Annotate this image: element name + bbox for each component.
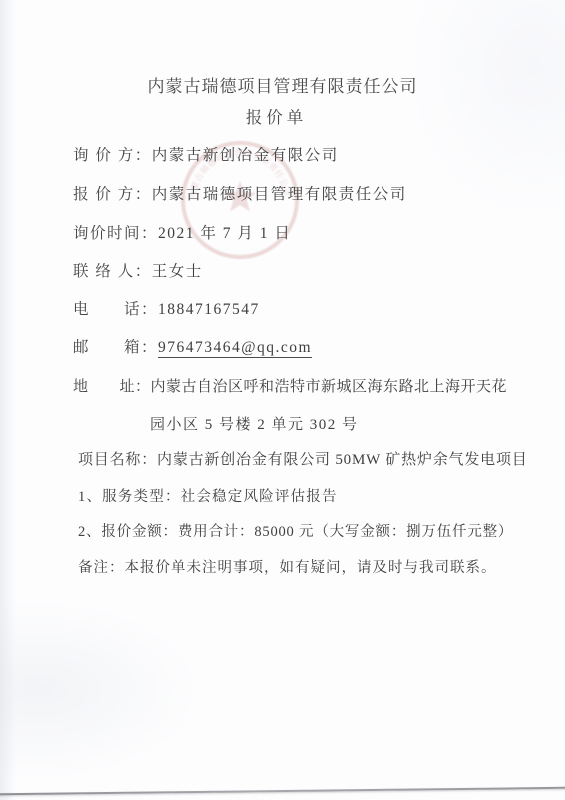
line-service-type: 1、服务类型：社会稳定风险评估报告 xyxy=(78,487,338,508)
scan-shadow-patch xyxy=(0,600,200,780)
field-phone: 电 话：18847167547 xyxy=(73,299,260,320)
line-remark: 备注：本报价单未注明事项，如有疑问，请及时与我司联系。 xyxy=(78,558,497,579)
line-text: 备注：本报价单未注明事项，如有疑问，请及时与我司联系。 xyxy=(78,560,497,576)
field-email: 邮 箱：976473464@qq.com xyxy=(73,337,312,358)
field-quoting-party: 报 价 方：内蒙古瑞德项目管理有限责任公司 xyxy=(73,184,407,205)
quotation-document: 内蒙古瑞德项目管理有限责任公司 内蒙古瑞德项目管理有限责任公司 报价单 询 价 … xyxy=(0,0,565,800)
field-contact-person: 联 络 人：王女士 xyxy=(73,261,203,282)
field-value: 内蒙古新创冶金有限公司 50MW 矿热炉余气发电项目 xyxy=(157,452,528,468)
paper-bottom-edge xyxy=(0,787,565,796)
field-project-name: 项目名称：内蒙古新创冶金有限公司 50MW 矿热炉余气发电项目 xyxy=(78,450,528,471)
field-value: 王女士 xyxy=(152,263,203,280)
field-label: 报 价 方： xyxy=(73,186,152,203)
field-value: 内蒙古自治区呼和浩特市新城区海东路北上海开天花 xyxy=(151,379,508,395)
line-text: 1、服务类型：社会稳定风险评估报告 xyxy=(78,489,338,505)
field-address-line2: 园小区 5 号楼 2 单元 302 号 xyxy=(150,415,359,436)
field-label: 询 价 方： xyxy=(73,147,152,164)
line-text: 2、报价金额：费用合计：85000 元（大写金额：捌万伍仟元整） xyxy=(78,524,513,540)
field-inquiry-date: 询价时间：2021 年 7 月 1 日 xyxy=(73,223,291,244)
field-value: 园小区 5 号楼 2 单元 302 号 xyxy=(150,417,359,433)
field-label: 地 址： xyxy=(73,379,151,395)
field-value: 2021 年 7 月 1 日 xyxy=(158,225,291,242)
field-value: 内蒙古瑞德项目管理有限责任公司 xyxy=(152,186,407,203)
field-label: 联 络 人： xyxy=(73,263,152,280)
field-value: 内蒙古新创冶金有限公司 xyxy=(152,147,339,164)
field-value: 18847167547 xyxy=(158,301,260,318)
doc-subtitle: 报价单 xyxy=(0,104,559,128)
field-label: 项目名称： xyxy=(78,452,157,468)
field-address: 地 址：内蒙古自治区呼和浩特市新城区海东路北上海开天花 xyxy=(73,377,507,398)
field-label: 邮 箱： xyxy=(73,339,158,356)
email-value: 976473464@qq.com xyxy=(158,339,312,358)
field-label: 询价时间： xyxy=(73,225,158,242)
line-quote-amount: 2、报价金额：费用合计：85000 元（大写金额：捌万伍仟元整） xyxy=(78,522,513,543)
field-label: 电 话： xyxy=(73,301,158,318)
company-title: 内蒙古瑞德项目管理有限责任公司 xyxy=(0,72,565,97)
field-inquiry-party: 询 价 方：内蒙古新创冶金有限公司 xyxy=(73,145,339,166)
